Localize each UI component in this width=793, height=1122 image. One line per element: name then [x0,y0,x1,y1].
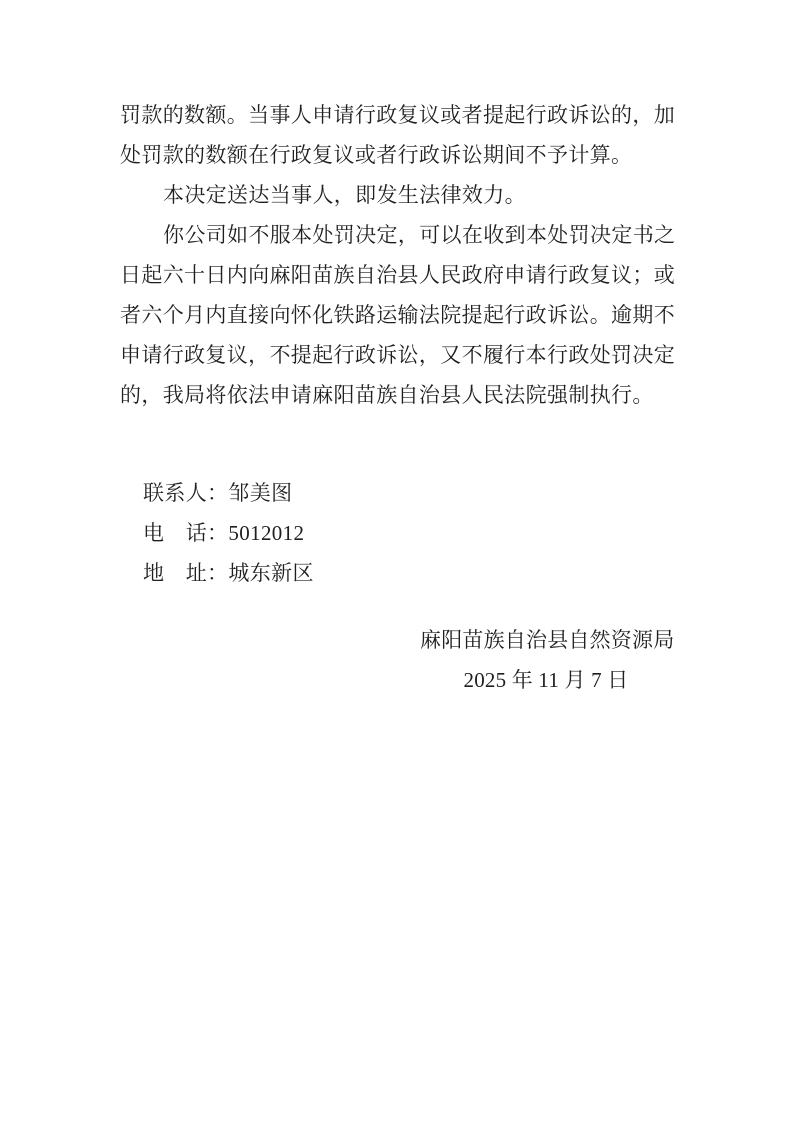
body-line-2: 处罚款的数额在行政复议或者行政诉讼期间不予计算。 [120,135,680,175]
contact-person-line: 联系人：邹美图 [143,473,314,513]
body-line-1: 罚款的数额。当事人申请行政复议或者提起行政诉讼的，加 [120,95,680,135]
body-line-4: 你公司如不服本处罚决定，可以在收到本处罚决定书之 [120,215,680,255]
issuing-authority: 麻阳苗族自治县自然资源局 [420,620,672,660]
contact-address-line: 地 址：城东新区 [143,553,314,593]
signature-block: 麻阳苗族自治县自然资源局 2025 年 11 月 7 日 [420,620,672,700]
body-line-5: 日起六十日内向麻阳苗族自治县人民政府申请行政复议；或 [120,255,680,295]
body-line-8: 的，我局将依法申请麻阳苗族自治县人民法院强制执行。 [120,375,680,415]
body-line-7: 申请行政复议，不提起行政诉讼，又不履行本行政处罚决定 [120,335,680,375]
body-line-3: 本决定送达当事人，即发生法律效力。 [120,175,680,215]
contact-info: 联系人：邹美图 电 话：5012012 地 址：城东新区 [143,473,314,593]
contact-phone-line: 电 话：5012012 [143,513,314,553]
document-page: 罚款的数额。当事人申请行政复议或者提起行政诉讼的，加 处罚款的数额在行政复议或者… [0,0,793,1122]
body-line-6: 者六个月内直接向怀化铁路运输法院提起行政诉讼。逾期不 [120,295,680,335]
issue-date: 2025 年 11 月 7 日 [420,660,672,700]
body-paragraphs: 罚款的数额。当事人申请行政复议或者提起行政诉讼的，加 处罚款的数额在行政复议或者… [120,95,680,415]
